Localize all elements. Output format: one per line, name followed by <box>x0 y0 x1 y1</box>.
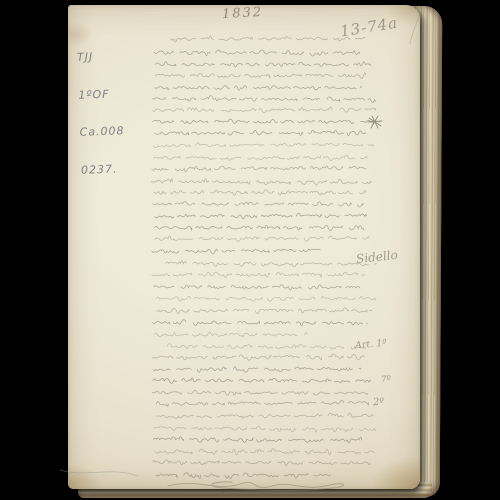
photograph-of-manuscript: 1832 13-74a TJJ 1ºOF Ca.008 0237. Sidell… <box>0 0 500 500</box>
manuscript-page <box>68 5 420 489</box>
